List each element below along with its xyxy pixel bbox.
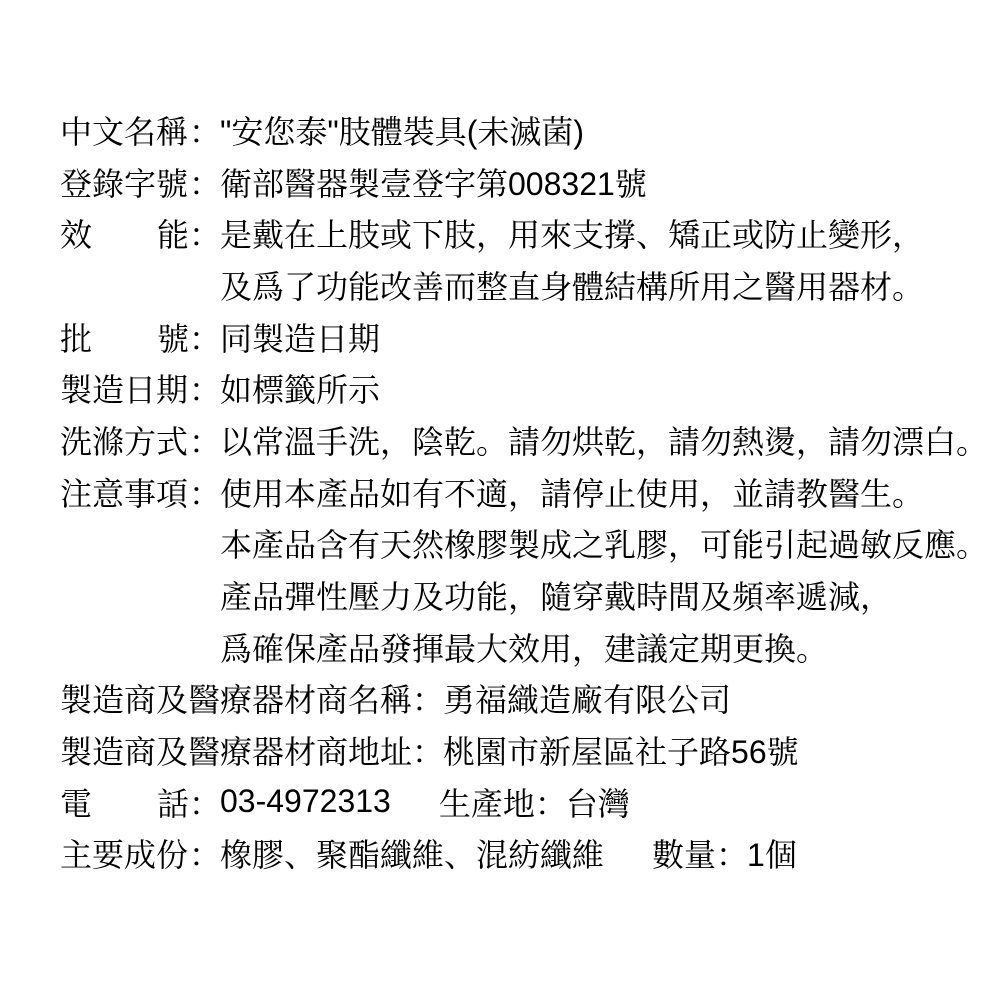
field-row-chinese-name: 中文名稱 ： "安您泰"肢體裝具(未滅菌)	[60, 104, 990, 156]
field-row-precautions-continued-3: 爲確保產品發揮最大效用，建議定期更換。	[60, 621, 990, 673]
colon-separator: ：	[189, 365, 220, 411]
field-value: 使用本產品如有不適，請停止使用，並請教醫生。	[220, 469, 924, 515]
colon-separator: ：	[189, 417, 220, 463]
field-label-text: 電	[60, 779, 92, 825]
colon-separator: ：	[189, 469, 220, 515]
field-row-washing-method: 洗滌方式 ： 以常溫手洗，陰乾。請勿烘乾，請勿熱燙，請勿漂白。	[60, 414, 990, 466]
field-value: 同製造日期	[220, 314, 380, 360]
field-value: "安您泰"肢體裝具(未滅菌)	[220, 107, 584, 153]
field-row-precautions-continued-2: 產品彈性壓力及功能，隨穿戴時間及頻率遞減，	[60, 569, 990, 621]
colon-separator: ：	[716, 830, 747, 876]
colon-separator: ：	[412, 727, 443, 773]
field-label-text: 能	[157, 210, 189, 256]
field-label: 洗滌方式	[60, 417, 189, 463]
colon-separator: ：	[189, 107, 220, 153]
origin-value: 台灣	[566, 779, 630, 825]
phone-number-value: 03-4972313	[220, 783, 391, 820]
field-label: 批號	[60, 314, 189, 360]
field-value: 桃園市新屋區社子路56號	[443, 727, 799, 773]
field-label-text: 效	[60, 210, 92, 256]
ingredients-value: 橡膠、聚酯纖維、混紡纖維	[220, 830, 604, 876]
colon-separator: ：	[189, 779, 220, 825]
colon-separator: ：	[189, 210, 220, 256]
field-label-text: 批	[60, 314, 92, 360]
field-label-text: 注意事項	[60, 469, 188, 515]
field-label-text: 登錄字號	[60, 159, 188, 205]
field-label: 電話	[60, 779, 189, 825]
field-value: 以常溫手洗，陰乾。請勿烘乾，請勿熱燙，請勿漂白。	[220, 417, 988, 463]
field-row-efficacy: 效能 ： 是戴在上肢或下肢，用來支撐、矯正或防止變形，	[60, 207, 990, 259]
colon-separator: ：	[189, 314, 220, 360]
field-value: 是戴在上肢或下肢，用來支撐、矯正或防止變形，	[220, 210, 924, 256]
field-label: 登錄字號	[60, 159, 189, 205]
product-label-document: 中文名稱 ： "安您泰"肢體裝具(未滅菌) 登錄字號 ： 衛部醫器製壹登字第00…	[60, 104, 990, 879]
colon-separator: ：	[535, 779, 566, 825]
field-value: 勇福織造廠有限公司	[443, 675, 731, 721]
field-label-text: 主要成份	[60, 830, 188, 876]
field-row-manufacturer-address: 製造商及醫療器材商地址 ： 桃園市新屋區社子路56號	[60, 724, 990, 776]
field-label-text: 號	[157, 314, 189, 360]
field-value: 及爲了功能改善而整直身體結構所用之醫用器材。	[220, 262, 924, 308]
field-row-manufacture-date: 製造日期 ： 如標籤所示	[60, 362, 990, 414]
field-label: 數量	[652, 830, 716, 876]
field-label: 主要成份	[60, 830, 189, 876]
field-row-ingredients-and-quantity: 主要成份 ： 橡膠、聚酯纖維、混紡纖維 數量 ： 1個	[60, 828, 990, 880]
field-row-license-number: 登錄字號 ： 衛部醫器製壹登字第008321號	[60, 156, 990, 208]
field-value: 產品彈性壓力及功能，隨穿戴時間及頻率遞減，	[220, 572, 892, 618]
field-label: 製造商及醫療器材商名稱	[60, 675, 412, 721]
field-label-text: 中文名稱	[60, 107, 188, 153]
field-row-manufacturer-name: 製造商及醫療器材商名稱 ： 勇福織造廠有限公司	[60, 673, 990, 725]
field-label-text: 話	[157, 779, 189, 825]
field-row-efficacy-continued: 及爲了功能改善而整直身體結構所用之醫用器材。	[60, 259, 990, 311]
colon-separator: ：	[189, 159, 220, 205]
field-value: 衛部醫器製壹登字第008321號	[220, 159, 647, 205]
field-label: 效能	[60, 210, 189, 256]
colon-separator: ：	[412, 675, 443, 721]
field-label: 注意事項	[60, 469, 189, 515]
colon-separator: ：	[189, 830, 220, 876]
field-row-phone-and-origin: 電話 ： 03-4972313 生產地 ： 台灣	[60, 776, 990, 828]
quantity-value: 1個	[747, 830, 797, 876]
field-label-text: 製造日期	[60, 365, 188, 411]
field-label: 中文名稱	[60, 107, 189, 153]
field-value: 如標籤所示	[220, 365, 380, 411]
field-row-precautions-continued-1: 本產品含有天然橡膠製成之乳膠，可能引起過敏反應。	[60, 518, 990, 570]
field-row-batch-number: 批號 ： 同製造日期	[60, 311, 990, 363]
field-value: 本產品含有天然橡膠製成之乳膠，可能引起過敏反應。	[220, 520, 988, 566]
field-label: 製造商及醫療器材商地址	[60, 727, 412, 773]
field-label: 生產地	[439, 779, 535, 825]
field-label: 製造日期	[60, 365, 189, 411]
field-row-precautions: 注意事項 ： 使用本產品如有不適，請停止使用，並請教醫生。	[60, 466, 990, 518]
field-value: 爲確保產品發揮最大效用，建議定期更換。	[220, 624, 828, 670]
field-label-text: 洗滌方式	[60, 417, 188, 463]
